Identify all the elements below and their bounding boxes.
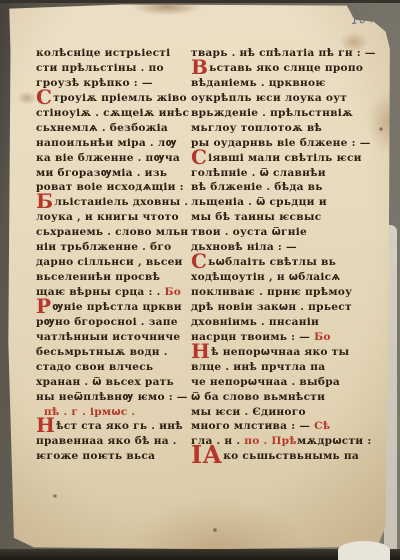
text-line: ры оударнвь віе блжене : — <box>191 136 345 151</box>
ink-text: стадо свои влчесь <box>36 361 153 373</box>
text-column-left: колѣсніце истрьіестісти прѣльстіны . пог… <box>36 46 190 464</box>
ink-text: оукрѣпль ѥси лоука оут <box>191 92 347 104</box>
ink-text: мѫдрѡсти : <box>297 435 372 447</box>
ink-text: мы бѣ таины ѥсвыс <box>191 211 321 223</box>
ink-text: голѣпніе . ѿ славнѣи <box>191 167 326 179</box>
ink-text: ны неѿплѣвнѹ ѥмо : — <box>36 391 188 403</box>
text-line: тварь . нѣ спѣлатіа пѣ гн : — <box>191 46 345 61</box>
rubric-text: по . Прѣ <box>244 435 297 447</box>
ink-text: дрѣ новіи закѡн . прьест <box>191 301 352 313</box>
text-line: Вьставь яко слнце пропо <box>191 61 345 76</box>
text-line: ми бгоразѹміа . изь <box>36 166 190 181</box>
rubric-text: Сѣ <box>314 420 330 432</box>
ink-text: хранан . ѿ вьсех рать <box>36 376 174 388</box>
text-line: голѣпніе . ѿ славнѣи <box>191 166 345 181</box>
text-line: Строуіѫ пріемль жіво <box>36 91 190 106</box>
rubric-initial: С <box>191 249 207 273</box>
ink-text: троуіѫ пріемль жіво <box>53 92 187 104</box>
text-line: стіноуіѫ . сѫщеіѫ инѣс <box>36 106 190 121</box>
ink-text: сти прѣльстіны . по <box>36 62 164 74</box>
rubric-text: Бо <box>164 286 181 298</box>
ink-text: ьставь яко слнце пропо <box>209 62 363 74</box>
ink-text: вьселеннѣи просвѣ <box>36 271 160 283</box>
photo-top-edge <box>0 0 400 3</box>
text-line: стадо свои влчесь <box>36 360 190 375</box>
text-line: насрцн твоимь : — Бо <box>191 330 345 345</box>
text-line: Нѣ непорѡчнаа яко ты <box>191 345 345 360</box>
text-line: Нѣст ста яко гь . инѣ <box>36 419 190 434</box>
ink-text: льістаніель дховны . <box>54 196 188 208</box>
ink-text: ми бгоразѹміа . изь <box>36 167 167 179</box>
ink-text: ьѡблаіть свѣтлы вь <box>208 256 336 268</box>
text-column-right: тварь . нѣ спѣлатіа пѣ гн : —Вьставь яко… <box>191 46 345 464</box>
ink-text: ѣ непорѡчнаа яко ты <box>211 346 349 358</box>
rubric-initial: Р <box>36 294 51 318</box>
ink-text: ѿ ба слово вьмнѣсти <box>191 391 325 403</box>
rubric-initial: С <box>191 145 207 169</box>
text-line: вѣданіемь . црквноѥ <box>191 76 345 91</box>
next-leaf-corner <box>338 541 390 560</box>
rubric-initial: С <box>36 85 52 109</box>
ink-text: лоука , и книгы чтото <box>36 211 179 223</box>
ink-text: роват воіе исходѧщіи : <box>36 181 184 193</box>
ink-text: вѣданіемь . црквноѥ <box>191 77 326 89</box>
text-line: ны неѿплѣвнѹ ѥмо : — <box>36 390 190 405</box>
text-line: оукрѣпль ѥси лоука оут <box>191 91 345 106</box>
text-line: ІАко сьшьствьнымь па <box>191 449 345 464</box>
text-line: лоука , и книгы чтото <box>36 210 190 225</box>
ink-text: правеннаа яко бѣ на . <box>36 435 177 447</box>
text-line: много млстива : — Сѣ <box>191 419 345 434</box>
manuscript-page: 104 колѣсніце истрьіестісти прѣльстіны .… <box>7 2 391 551</box>
text-line: мы бѣ таины ѥсвыс <box>191 210 345 225</box>
text-line: правеннаа яко бѣ на . <box>36 434 190 449</box>
text-line: ѿ ба слово вьмнѣсти <box>191 390 345 405</box>
ink-text: дарно сілльнси , вьсеи <box>36 256 183 268</box>
text-line: рѹно бгоросноі . запе <box>36 315 190 330</box>
text-line: мы ѥси . Єдиного <box>191 405 345 420</box>
ink-text: ѣст ста яко гь . инѣ <box>56 420 183 432</box>
ink-text: колѣсніце истрьіесті <box>36 47 170 59</box>
ink-text: мьглоу топлотоѫ вѣ <box>191 122 322 134</box>
ink-text: поклнваѥ . прнѥ прѣмоу <box>191 286 352 298</box>
text-line: Сьѡблаіть свѣтлы вь <box>191 255 345 270</box>
text-line: Бльістаніель дховны . <box>36 195 190 210</box>
text-line: Сіявші мали свѣтіль ѥси <box>191 151 345 166</box>
text-line: че непорѡчнаа . выбра <box>191 375 345 390</box>
text-line: ѥгоже поѥть вьса <box>36 449 190 464</box>
ink-text: ка віе блженне . пѹча <box>36 152 180 164</box>
text-line: ніи трьблженне . бго <box>36 240 190 255</box>
ink-text: рѹно бгоросноі . запе <box>36 316 178 328</box>
ink-text: много млстива : — <box>191 420 314 432</box>
ink-text: тварь . нѣ спѣлатіа пѣ гн : — <box>191 47 376 59</box>
text-line: вѣ блженіе . бѣда вь <box>191 180 345 195</box>
ink-text: сьхранемь . слово мльн <box>36 226 188 238</box>
rubric-text: Бо <box>314 331 331 343</box>
ink-text: напоильнѣи міра . лѹ <box>36 137 177 149</box>
photo-backdrop: 104 колѣсніце истрьіестісти прѣльстіны .… <box>0 0 400 560</box>
text-line: дьхновѣ ніла : — <box>191 240 345 255</box>
text-line: пѣ . г . ірмѡс . <box>36 405 190 420</box>
text-line: сьхранемь . слово мльн <box>36 225 190 240</box>
text-line: дарно сілльнси , вьсеи <box>36 255 190 270</box>
rubric-initial: Н <box>191 339 210 363</box>
text-line: мьглоу топлотоѫ вѣ <box>191 121 345 136</box>
text-line: дховніимь . пнсаніи <box>191 315 345 330</box>
text-line: бесьмрьтныѫ водн . <box>36 345 190 360</box>
text-line: Рѹніе прѣстла цркви <box>36 300 190 315</box>
ink-text: бесьмрьтныѫ водн . <box>36 346 168 358</box>
text-line: сьхнемлѧ . безбожіа <box>36 121 190 136</box>
ink-text: че непорѡчнаа . выбра <box>191 376 340 388</box>
text-line: хранан . ѿ вьсех рать <box>36 375 190 390</box>
text-line: роват воіе исходѧщіи : <box>36 180 190 195</box>
text-line: ка віе блженне . пѹча <box>36 151 190 166</box>
rubric-initial: В <box>191 55 208 79</box>
text-line: напоильнѣи міра . лѹ <box>36 136 190 151</box>
ink-text: врьжденіе . прѣльстнвіѫ <box>191 107 353 119</box>
text-line: дрѣ новіи закѡн . прьест <box>191 300 345 315</box>
ink-text: вѣ блженіе . бѣда вь <box>191 181 323 193</box>
ink-text: іявші мали свѣтіль ѥси <box>208 152 362 164</box>
text-line: влце . инѣ прчтла па <box>191 360 345 375</box>
ink-text: стіноуіѫ . сѫщеіѫ инѣс <box>36 107 189 119</box>
ink-text: твои . оуста ѿгніе <box>191 226 307 238</box>
text-line: льщеніа . ѿ срьдци и <box>191 195 345 210</box>
ink-text: ходѣщоутін , н ѡблаісѧ <box>191 271 340 283</box>
text-line: колѣсніце истрьіесті <box>36 46 190 61</box>
text-line: врьжденіе . прѣльстнвіѫ <box>191 106 345 121</box>
text-line: гроузѣ крѣпко : — <box>36 76 190 91</box>
ink-text: ры оударнвь віе блжене : — <box>191 137 371 149</box>
ink-text: сьхнемлѧ . безбожіа <box>36 122 168 134</box>
ink-text: ѥгоже поѥть вьса <box>36 450 155 462</box>
ink-text: мы ѥси . Єдиного <box>191 406 306 418</box>
ink-text: льщеніа . ѿ срьдци и <box>191 196 327 208</box>
rubric-initial: ІА <box>191 440 222 469</box>
ink-text: влце . инѣ прчтла па <box>191 361 325 373</box>
text-line: сти прѣльстіны . по <box>36 61 190 76</box>
text-line: вьселеннѣи просвѣ <box>36 270 190 285</box>
ink-text: щаѥ вѣрны срца : . <box>36 286 164 298</box>
ink-text: ніи трьблженне . бго <box>36 241 171 253</box>
ink-text: ѹніе прѣстла цркви <box>52 301 182 313</box>
text-line: чатлѣнныи источниче <box>36 330 190 345</box>
text-line: поклнваѥ . прнѥ прѣмоу <box>191 285 345 300</box>
text-line: твои . оуста ѿгніе <box>191 225 345 240</box>
rubric-initial: Б <box>36 189 53 213</box>
ink-text: ко сьшьствьнымь па <box>223 450 359 462</box>
ink-text: чатлѣнныи источниче <box>36 331 180 343</box>
rubric-initial: Н <box>36 413 55 437</box>
text-line: щаѥ вѣрны срца : . Бо <box>36 285 190 300</box>
text-line: ходѣщоутін , н ѡблаісѧ <box>191 270 345 285</box>
folio-number: 104 <box>350 12 375 27</box>
ink-text: дховніимь . пнсаніи <box>191 316 319 328</box>
ink-text: гроузѣ крѣпко : — <box>36 77 153 89</box>
